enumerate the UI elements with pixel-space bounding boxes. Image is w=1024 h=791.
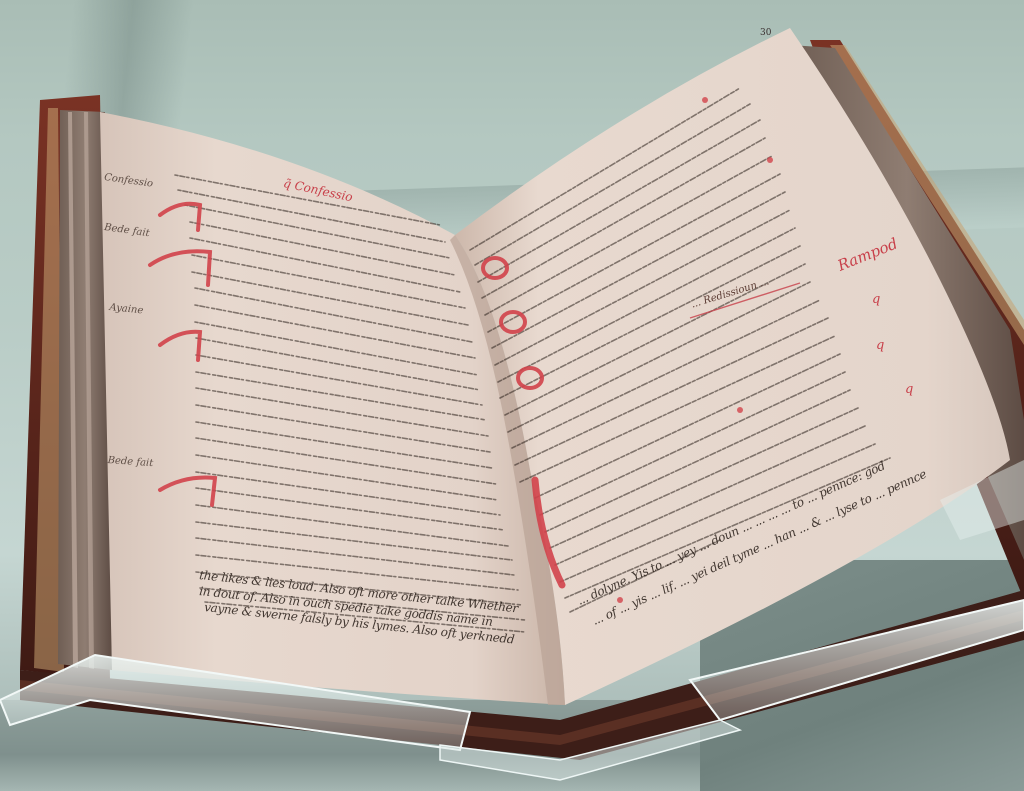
right-margin-mark: q	[876, 338, 884, 353]
right-margin-mark: q	[872, 292, 880, 307]
folio-number: 30	[760, 28, 771, 38]
manuscript-book	[0, 0, 1024, 791]
display-case-background: 30 q̃ Confessio Confessio Bede fait Ayai…	[0, 0, 1024, 791]
right-margin-mark: q	[905, 382, 913, 397]
